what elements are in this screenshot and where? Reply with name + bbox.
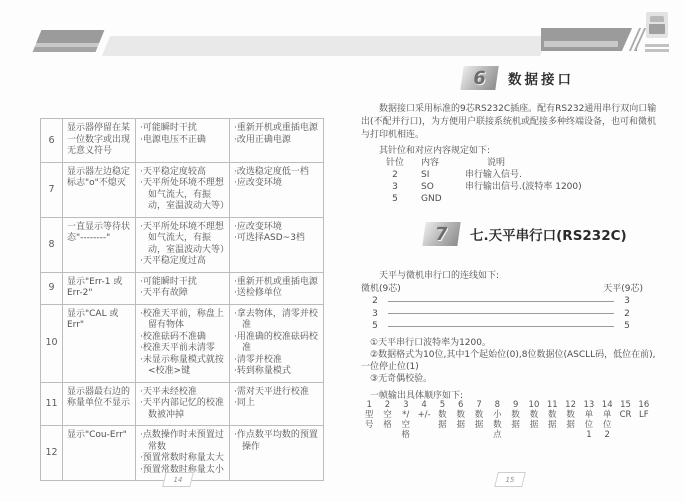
cause-item: ·天平所处环境不理想如气流大，有振动，室温波动大等）	[140, 222, 225, 257]
solution-item: ·同上	[234, 398, 319, 410]
solution-item: ·转到称量模式	[234, 366, 319, 378]
fault-row-causes: ·可能瞬时干扰·天平有故障	[136, 272, 230, 304]
frame-label-line: 单	[598, 410, 616, 420]
wiring-intro: 天平与微机串行口的连线如下:	[361, 268, 499, 281]
page-number-left-label: 14	[173, 476, 184, 484]
fault-row-number: 7	[41, 162, 63, 217]
frame-label-line: 数	[488, 420, 506, 430]
logo-text-line	[645, 44, 669, 47]
fault-row-number: 9	[41, 272, 63, 304]
pin-row: 3SO串行输出信号.(波特率 1200)	[377, 181, 582, 193]
serial-note: ②数据格式为10位,其中1个起始位(0),8位数据位(ASCLL码，低位在前),…	[361, 349, 662, 373]
frame-label-line: 位	[598, 420, 616, 430]
wiring-row: 55	[369, 320, 633, 333]
wiring-right-device-label: 天平(9芯)	[603, 281, 643, 294]
frame-position: 9	[507, 400, 525, 410]
frame-position: 3	[397, 400, 415, 410]
frame-label-line: 小	[488, 410, 506, 420]
frame-column: 10数据	[525, 400, 543, 440]
frame-label-line: 2	[598, 430, 616, 440]
frame-label-line: 数	[452, 410, 470, 420]
frame-column: 1型号	[360, 400, 378, 440]
frame-position: 14	[598, 400, 616, 410]
pin-header-row: 针位内容说明	[377, 157, 582, 169]
fault-row-solutions: ·需对天平进行校准·同上	[230, 382, 324, 426]
solution-item: ·送检修单位	[234, 288, 319, 300]
cause-item: ·校准天平前，称盘上留有物体	[140, 309, 225, 332]
frame-position: 7	[470, 400, 488, 410]
pin-number: 2	[377, 169, 413, 181]
wiring-diagram: 233255	[369, 295, 633, 333]
fault-row-symptom: 显示"CAL 或Err"	[63, 304, 136, 382]
fault-row-solutions: ·重新开机或重插电源·改用正确电源	[230, 119, 324, 163]
frame-label-line: 数	[470, 410, 488, 420]
frame-label-line: 据	[561, 420, 579, 430]
pin-content: GND	[413, 193, 465, 205]
frame-label-line: 空	[397, 420, 415, 430]
fault-row-solutions: ·重新开机或重插电源·送检修单位	[230, 272, 324, 304]
solution-item: ·拿去物体，清零并校准	[234, 309, 319, 332]
frame-column: 4+/-	[415, 400, 433, 440]
fault-row-symptom: 一直显示等待状态"--------"	[63, 217, 136, 272]
pin-header-desc: 说明	[465, 157, 582, 169]
solution-item: ·应改变环境	[234, 222, 319, 234]
cause-item: ·可能瞬时干扰	[140, 123, 225, 135]
pin-desc	[465, 193, 582, 205]
solution-item: ·用准确的校准砝码校准	[234, 332, 319, 355]
section6-paragraph: 数据接口采用标准的9芯RS232C插座。配有RS232通用串行双向口输出(不配并…	[361, 103, 662, 142]
fault-row-number: 8	[41, 217, 63, 272]
frame-position: 10	[525, 400, 543, 410]
section7-heading: 7 七.天平串行口(RS232C)	[424, 222, 627, 246]
frame-label-line: 格	[397, 430, 415, 440]
section7-number-badge: 7	[422, 222, 460, 246]
solution-item: ·需对天平进行校准	[234, 387, 319, 399]
frame-column: 6数据	[452, 400, 470, 440]
fault-row-solutions: ·拿去物体，清零并校准·用准确的校准砝码校准·清零并校准·转到称量模式	[230, 304, 324, 382]
pin-table: 针位内容说明2SI串行输入信号.3SO串行输出信号.(波特率 1200)5GND	[377, 157, 582, 205]
frame-position: 1	[360, 400, 378, 410]
pin-content: SO	[413, 181, 465, 193]
page-number-left: 14	[162, 472, 194, 487]
pin-content: SI	[413, 169, 465, 181]
frame-label-line: LF	[635, 410, 653, 420]
frame-column: 11数据	[543, 400, 561, 440]
pin-row: 5GND	[377, 193, 582, 205]
frame-column: 3*/空格	[397, 400, 415, 440]
frame-label-line: 位	[580, 420, 598, 430]
solution-item: ·作点数平均数的预置操作	[234, 430, 319, 453]
cause-item: ·预置常数时称量太大	[140, 453, 225, 465]
frame-sequence: 1型号2空格3*/空格4+/-5数据6数据7数据8小数点9数据10数据11数据1…	[360, 400, 653, 440]
frame-label-line: 空	[378, 410, 396, 420]
frame-label-line: 点	[488, 430, 506, 440]
fault-table-row: 8一直显示等待状态"--------"·天平所处环境不理想如气流大，有振动，室温…	[41, 217, 324, 272]
balance-pan-shape	[650, 16, 664, 22]
frame-column: 8小数点	[488, 400, 506, 440]
frame-position: 4	[415, 400, 433, 410]
frame-label-line: 数	[543, 410, 561, 420]
frame-label-line: 据	[470, 420, 488, 430]
frame-label-line: 号	[360, 420, 378, 430]
cause-item: ·天平稳定度过高	[140, 256, 225, 268]
fault-table-body: 6显示器停留在某一位数字或出现无意义符号·可能瞬时干扰·电源电压不正确·重新开机…	[41, 119, 324, 481]
cause-item: ·天平所处环境不理想如气流大，有振动，室温波动大等）	[140, 178, 225, 213]
fault-row-causes: ·天平稳定度较高·天平所处环境不理想如气流大，有振动，室温波动大等）	[136, 162, 230, 217]
wiring-row: 32	[369, 308, 633, 321]
pin-row: 2SI串行输入信号.	[377, 169, 582, 181]
frame-column: 12数据	[561, 400, 579, 440]
fault-row-causes: ·天平所处环境不理想如气流大，有振动，室温波动大等）·天平稳定度过高	[136, 217, 230, 272]
wiring-connection-line	[388, 301, 614, 302]
balance-body-shape	[649, 24, 665, 34]
wiring-left-device-label: 微机(9芯)	[361, 281, 401, 294]
frame-column: 13单位1	[580, 400, 598, 440]
cause-item: ·天平未经校准	[140, 387, 225, 399]
solution-item: ·可选择ASD~3档	[234, 233, 319, 245]
frame-position: 12	[561, 400, 579, 410]
frame-column: 5数据	[433, 400, 451, 440]
fault-table-row: 6显示器停留在某一位数字或出现无意义符号·可能瞬时干扰·电源电压不正确·重新开机…	[41, 119, 324, 163]
solution-item: ·应改变环境	[234, 178, 319, 190]
wiring-from-pin: 5	[369, 321, 381, 331]
header-right-inner-stripe	[544, 41, 618, 47]
section6-heading: 6 数据接口	[462, 66, 574, 90]
wiring-to-pin: 3	[621, 296, 633, 306]
stripe-dark	[36, 30, 104, 43]
frame-label-line: +/-	[415, 410, 433, 420]
frame-label-line: 据	[507, 420, 525, 430]
fault-row-number: 12	[41, 426, 63, 481]
pin-header-content: 内容	[413, 157, 465, 169]
fault-row-symptom: 显示"Err-1 或Err-2"	[63, 272, 136, 304]
cause-item: ·未显示称量模式就按<校准>键	[140, 355, 225, 378]
header-left-stripe-block	[33, 30, 105, 52]
fault-table-row: 11显示器最右边的称量单位不显示·天平未经校准·天平内部记忆的校准数被冲掉·需对…	[41, 382, 324, 426]
frame-column: 7数据	[470, 400, 488, 440]
pin-desc: 串行输入信号.	[465, 169, 582, 181]
fault-row-number: 10	[41, 304, 63, 382]
frame-position: 11	[543, 400, 561, 410]
pin-number: 5	[377, 193, 413, 205]
frame-position: 5	[433, 400, 451, 410]
logo-text-line	[645, 49, 669, 52]
frame-position: 15	[616, 400, 634, 410]
pin-table-intro: 其针位和对应内容规定如下:	[361, 143, 490, 156]
section6-title: 数据接口	[508, 68, 574, 88]
fault-row-number: 11	[41, 382, 63, 426]
frame-label-line: 格	[378, 420, 396, 430]
frame-label-line: 据	[525, 420, 543, 430]
fault-table-row: 7显示器左边稳定标志"o"不熄灭·天平稳定度较高·天平所处环境不理想如气流大，有…	[41, 162, 324, 217]
fault-row-causes: ·校准天平前，称盘上留有物体·校准砝码不准确·校准天平前未清零·未显示称量模式就…	[136, 304, 230, 382]
serial-note: ①天平串行口波特率为1200。	[361, 337, 662, 349]
fault-table-row: 9显示"Err-1 或Err-2"·可能瞬时干扰·天平有故障·重新开机或重插电源…	[41, 272, 324, 304]
brand-logo-icon	[643, 10, 671, 56]
header-light-band	[102, 36, 548, 56]
frame-position: 2	[378, 400, 396, 410]
cause-item: ·天平内部记忆的校准数被冲掉	[140, 398, 225, 421]
frame-column: 15CR	[616, 400, 634, 440]
wiring-connection-line	[388, 326, 614, 327]
manual-spread-scan: 6显示器停留在某一位数字或出现无意义符号·可能瞬时干扰·电源电压不正确·重新开机…	[0, 0, 684, 502]
wiring-row: 23	[369, 295, 633, 308]
solution-item: ·清零并校准	[234, 355, 319, 367]
wiring-from-pin: 2	[369, 296, 381, 306]
fault-row-symptom: 显示器最右边的称量单位不显示	[63, 382, 136, 426]
frame-label-line: 单	[580, 410, 598, 420]
fault-row-causes: ·可能瞬时干扰·电源电压不正确	[136, 119, 230, 163]
cause-item: ·天平稳定度较高	[140, 167, 225, 179]
fault-table: 6显示器停留在某一位数字或出现无意义符号·可能瞬时干扰·电源电压不正确·重新开机…	[40, 118, 324, 481]
frame-label-line: 型	[360, 410, 378, 420]
frame-label-line: 数	[507, 410, 525, 420]
solution-item: ·重新开机或重插电源	[234, 123, 319, 135]
page-number-right-label: 15	[505, 476, 516, 484]
serial-note: ③无奇偶校验。	[361, 373, 662, 385]
cause-item: ·校准砝码不准确	[140, 332, 225, 344]
frame-label-line: */	[397, 410, 415, 420]
serial-notes: ①天平串行口波特率为1200。 ②数据格式为10位,其中1个起始位(0),8位数…	[361, 337, 662, 385]
section7-title: 七.天平串行口(RS232C)	[470, 224, 627, 244]
frame-label-line: 据	[543, 420, 561, 430]
frame-label-line: 数	[561, 410, 579, 420]
fault-row-number: 6	[41, 119, 63, 163]
frame-label-line: 1	[580, 430, 598, 440]
solution-item: ·改用正确电源	[234, 135, 319, 147]
frame-column: 14单位2	[598, 400, 616, 440]
fault-row-symptom: 显示"Cou-Err"	[63, 426, 136, 481]
cause-item: ·校准天平前未清零	[140, 343, 225, 355]
cause-item: ·天平有故障	[140, 288, 225, 300]
frame-position: 13	[580, 400, 598, 410]
frame-position: 8	[488, 400, 506, 410]
frame-position: 16	[635, 400, 653, 410]
fault-row-solutions: ·作点数平均数的预置操作	[230, 426, 324, 481]
page-number-right: 15	[494, 472, 526, 487]
pin-number: 3	[377, 181, 413, 193]
frame-label-line: 数	[433, 410, 451, 420]
wiring-connection-line	[388, 313, 614, 314]
fault-table-row: 10显示"CAL 或Err"·校准天平前，称盘上留有物体·校准砝码不准确·校准天…	[41, 304, 324, 382]
fault-row-solutions: ·应改变环境·可选择ASD~3档	[230, 217, 324, 272]
frame-column: 16LF	[635, 400, 653, 440]
cause-item: ·点数操作时未预置过常数	[140, 430, 225, 453]
fault-row-symptom: 显示器停留在某一位数字或出现无意义符号	[63, 119, 136, 163]
stripe-medium	[33, 47, 98, 52]
solution-item: ·重新开机或重插电源	[234, 277, 319, 289]
frame-column: 9数据	[507, 400, 525, 440]
cause-item: ·可能瞬时干扰	[140, 277, 225, 289]
wiring-from-pin: 3	[369, 309, 381, 319]
wiring-device-labels: 微机(9芯) 天平(9芯)	[361, 281, 643, 294]
fault-row-solutions: ·改选稳定度低一档·应改变环境	[230, 162, 324, 217]
solution-item: ·改选稳定度低一档	[234, 167, 319, 179]
wiring-to-pin: 5	[621, 321, 633, 331]
fault-row-causes: ·天平未经校准·天平内部记忆的校准数被冲掉	[136, 382, 230, 426]
frame-label-line: 数	[525, 410, 543, 420]
frame-label-line: 据	[452, 420, 470, 430]
frame-position: 6	[452, 400, 470, 410]
cause-item: ·电源电压不正确	[140, 135, 225, 147]
frame-column: 2空格	[378, 400, 396, 440]
pin-desc: 串行输出信号.(波特率 1200)	[465, 181, 582, 193]
section6-number-badge: 6	[460, 66, 498, 90]
fault-row-symptom: 显示器左边稳定标志"o"不熄灭	[63, 162, 136, 217]
pin-header-pin: 针位	[377, 157, 413, 169]
frame-label-line: CR	[616, 410, 634, 420]
wiring-to-pin: 2	[621, 309, 633, 319]
frame-label-line: 据	[433, 420, 451, 430]
balance-product-thumbnail	[646, 12, 668, 38]
